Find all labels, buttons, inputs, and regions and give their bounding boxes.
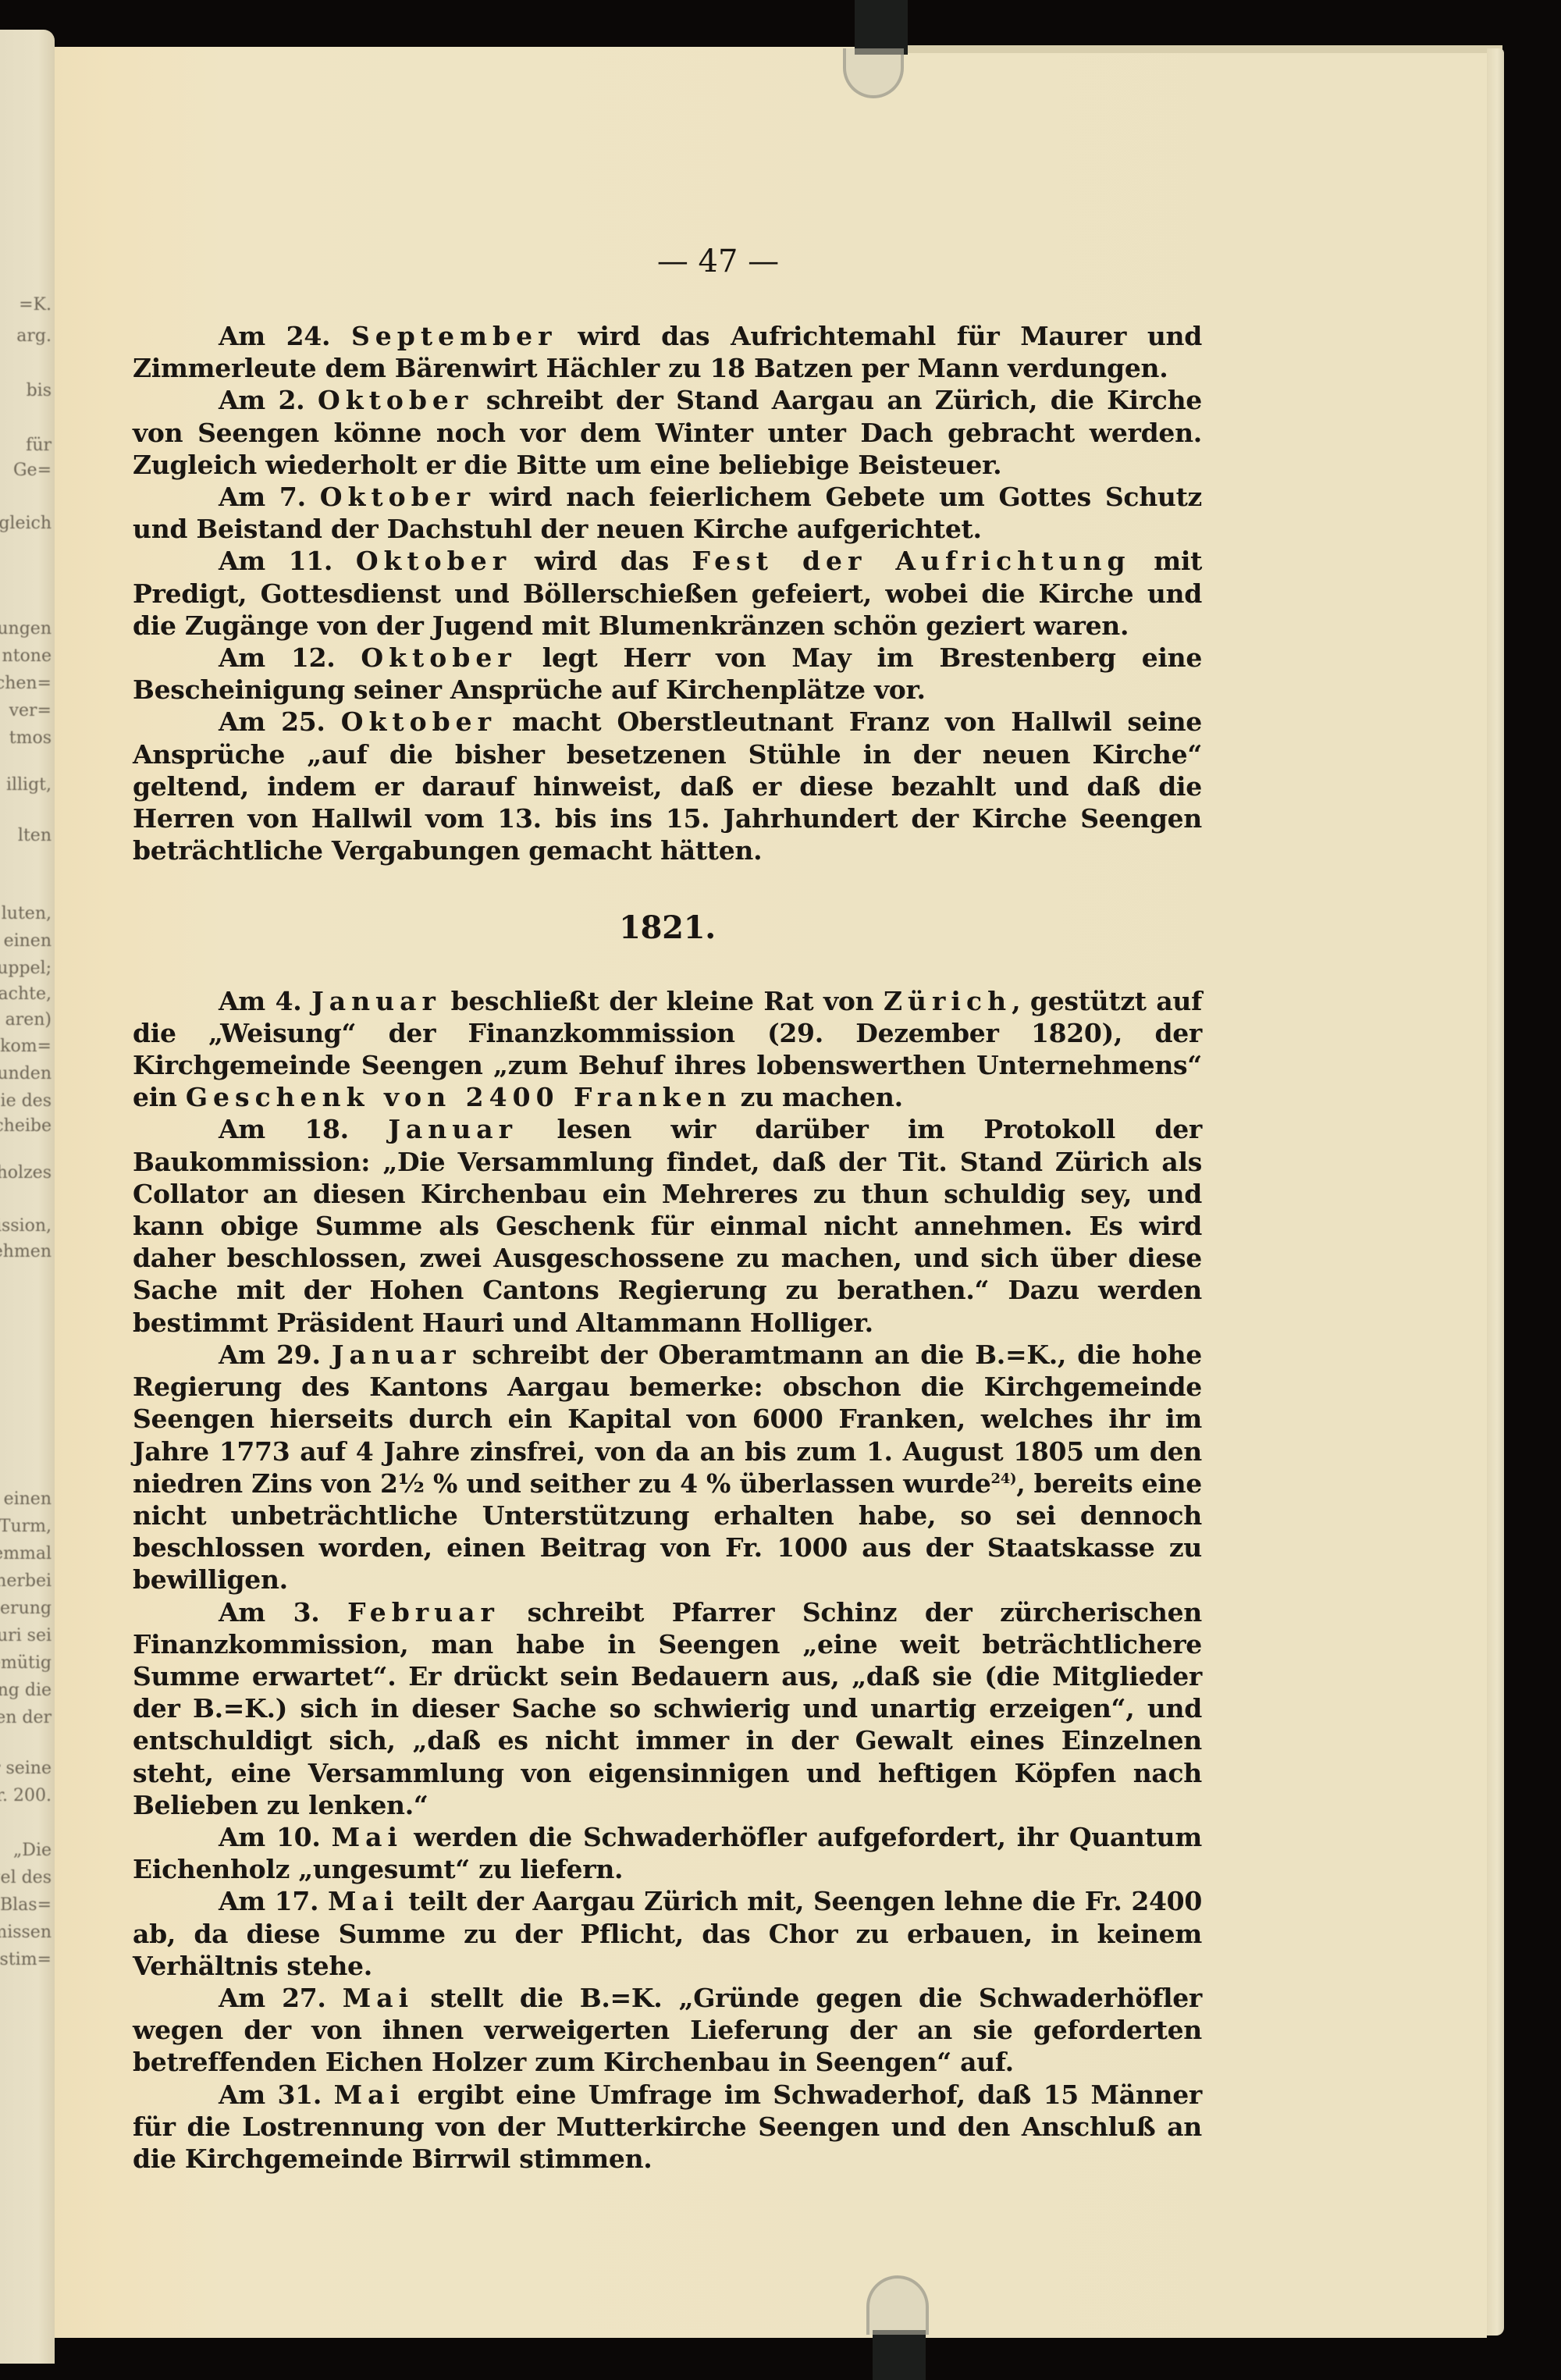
entry: Am 4. Januar beschließt der kleine Rat v… <box>133 985 1202 1114</box>
previous-page-fragment: uppel; <box>0 960 52 977</box>
previous-page-fragment: Blas= <box>0 1897 52 1914</box>
clip-bottom-glass <box>866 2275 929 2335</box>
entry: Am 11. Oktober wird das Fest der Aufrich… <box>133 545 1202 642</box>
previous-page-fragment: ungen <box>0 621 52 638</box>
previous-page-fragment: ie des <box>1 1093 52 1110</box>
previous-page-fragment: illigt, <box>6 777 52 794</box>
entry: Am 31. Mai ergibt eine Umfrage im Schwad… <box>133 2079 1202 2175</box>
previous-page-fragment: unden <box>0 1065 52 1083</box>
previous-page-fragment: bis <box>27 382 52 400</box>
previous-page-fragment: Ge= <box>13 462 52 479</box>
book-clip-bottom <box>873 2330 926 2380</box>
entry-date: Mai <box>328 1886 399 1916</box>
previous-page-fragment: uri sei <box>0 1628 52 1645</box>
previous-page-fragment: gkom= <box>0 1038 52 1055</box>
entry: Am 2. Oktober schreibt der Stand Aargau … <box>133 384 1202 481</box>
previous-page-fragment: ver= <box>9 703 52 720</box>
entry: Am 25. Oktober macht Oberstleutnant Fran… <box>133 706 1202 866</box>
previous-page-fragment: r seine <box>0 1760 52 1777</box>
previous-page-fragment: luten, <box>2 905 52 923</box>
entry: Am 18. Januar lesen wir darüber im Proto… <box>133 1113 1202 1338</box>
entry-date: Mai <box>343 1983 414 2013</box>
previous-page-fragment: scheibe <box>0 1118 52 1135</box>
entry-date: Mai <box>334 2079 405 2110</box>
year-heading: 1821. <box>133 912 1202 944</box>
previous-page-fragment: gel des <box>0 1869 52 1887</box>
page-top-edge <box>898 45 1502 53</box>
previous-page-fragment: demütig <box>0 1655 52 1672</box>
entry-date: Januar <box>311 986 441 1016</box>
entry: Am 24. September wird das Aufrichtemahl … <box>133 320 1202 384</box>
entry-date: Oktober <box>341 706 496 737</box>
previous-page-fragment: ntone <box>2 648 52 665</box>
previous-page-fragment: aren) <box>5 1012 52 1029</box>
entry: Am 12. Oktober legt Herr von May im Bres… <box>133 642 1202 706</box>
previous-page-fragment: einen <box>4 1491 52 1508</box>
previous-page-fragment: ehmen <box>0 1243 52 1261</box>
previous-page-fragment: gleich <box>0 515 52 532</box>
previous-page-fragment: ng die <box>0 1682 52 1699</box>
entry-date: Oktober <box>318 385 473 415</box>
previous-page-fragment: en der <box>0 1709 52 1727</box>
previous-page-fragment: =K. <box>19 297 52 314</box>
entry: Am 29. Januar schreibt der Oberamtmann a… <box>133 1339 1202 1596</box>
entry-date: Februar <box>347 1597 500 1628</box>
entries-1820: Am 24. September wird das Aufrichtemahl … <box>133 320 1202 2175</box>
previous-page-fragment: lten <box>18 827 52 845</box>
previous-page-fragment: ission, <box>0 1218 52 1235</box>
page-right-edge <box>1487 48 1504 2336</box>
previous-page-fragment: Turm, <box>0 1518 52 1535</box>
previous-page-fragment: tmos <box>9 730 52 747</box>
previous-page-fragment: rachte, <box>0 986 52 1003</box>
emphasis: Zürich <box>884 986 1012 1016</box>
previous-page-fragment: holzes <box>0 1165 52 1182</box>
previous-page-fragment: ermissen <box>0 1924 52 1941</box>
book-clip-top <box>855 0 908 55</box>
previous-page-fragment: emmal <box>0 1546 52 1563</box>
emphasis: Fest der Aufrichtung <box>692 546 1131 576</box>
previous-page-fragment: arg. <box>16 328 52 345</box>
entry: Am 27. Mai stellt die B.=K. „Gründe gege… <box>133 1982 1202 2079</box>
entry-date: Januar <box>332 1339 461 1370</box>
entry: Am 7. Oktober wird nach feierlichem Gebe… <box>133 481 1202 545</box>
entry-date: Januar <box>388 1114 517 1144</box>
previous-page-fragment: für <box>26 437 52 454</box>
emphasis: Geschenk von 2400 Franken <box>186 1082 732 1112</box>
entry-date: Oktober <box>356 546 511 576</box>
footnote-ref: 24) <box>991 1471 1017 1487</box>
previous-page-edge: =K.arg.bisfürGe=gleichungenntonechen=ver… <box>0 30 55 2364</box>
previous-page-fragment: herbei <box>0 1573 52 1590</box>
previous-page-fragment: chen= <box>0 675 52 692</box>
entry-date: Oktober <box>320 482 475 512</box>
previous-page-fragment: „Die <box>13 1842 52 1859</box>
previous-page-fragment: r. 200. <box>0 1788 52 1805</box>
entry: Am 3. Februar schreibt Pfarrer Schinz de… <box>133 1596 1202 1821</box>
previous-page-fragment: derung <box>0 1600 52 1617</box>
page-number: — 47 — <box>601 244 835 279</box>
entry: Am 10. Mai werden die Schwaderhöfler auf… <box>133 1821 1202 1885</box>
previous-page-fragment: Bestim= <box>0 1951 52 1969</box>
entry-date: Mai <box>332 1822 403 1852</box>
previous-page-fragment: einen <box>4 933 52 950</box>
entry-date: Oktober <box>361 642 516 673</box>
entry: Am 17. Mai teilt der Aargau Zürich mit, … <box>133 1885 1202 1982</box>
entry-date: September <box>351 321 557 351</box>
